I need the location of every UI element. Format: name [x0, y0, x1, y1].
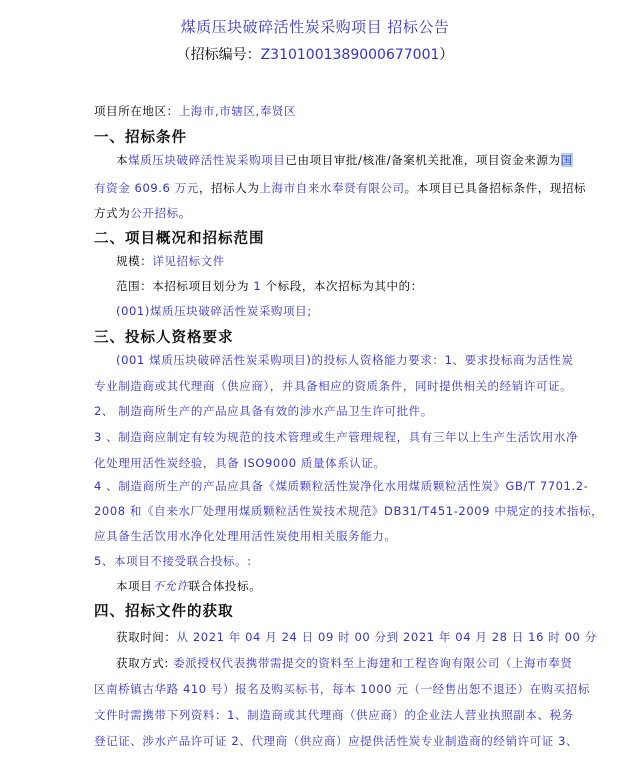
acquisition-method-line-4: 登记证、涉水产品许可证 2、代理商（供应商）应提供活性炭专业制造商的经销许可证 … [94, 733, 578, 749]
section-heading-project-scope: 二、项目概况和招标范围 [94, 227, 265, 248]
qualification-line-6: 4 、制造商所生产的产品应具备《煤质颗粒活性炭净化水用煤质颗粒活性炭》GB/T … [94, 478, 588, 494]
qualification-line-2: 专业制造商或其代理商（供应商），并具备相应的资质条件，同时提供相关的经销许可证。 [94, 378, 572, 394]
acquisition-time-line: 获取时间：从 2021 年 04 月 24 日 09 时 00 分到 2021 … [116, 629, 597, 645]
text: 。 [179, 206, 191, 220]
text: 本 [116, 153, 128, 167]
text: ，招标人为 [199, 181, 260, 195]
project-region: 项目所在地区：上海市,市辖区,奉贤区 [94, 103, 296, 119]
section-heading-bid-conditions: 一、招标条件 [94, 126, 187, 147]
qualification-line-4: 3 、制造商应制定有较为规范的技术管理或生产管理规程，具有三年以上生产生活饮用水… [94, 429, 578, 445]
s1-paragraph-line-3: 方式为公开招标。 [94, 205, 191, 221]
consortium-status: 不允许 [152, 579, 188, 593]
qualification-line-7: 2008 和《自来水厂处理用煤质颗粒活性炭技术规范》DB31/T451-2009… [94, 503, 603, 519]
tenderer-name: 上海市自来水奉贤有限公司 [259, 181, 404, 195]
section-heading-document-acquisition: 四、招标文件的获取 [94, 600, 234, 621]
qualification-line-5: 化处理用活性炭经验，具备 ISO9000 质量体系认证。 [94, 455, 386, 471]
tender-number-label: （招标编号： [177, 47, 261, 63]
text: 已由项目审批/核准/备案机关批准，项目资金来源为 [285, 153, 560, 167]
acquisition-method-line-1: 获取方式: 委派授权代表携带需提交的资料至上海建和工程咨询有限公司（上海市奉贤 [116, 655, 572, 671]
qualification-line-9: 5、本项目不接受联合投标。: [94, 553, 252, 569]
acquisition-method-line-3: 文件时需携带下列资料：1、制造商或其代理商（供应商）的企业法人营业执照副本、税务 [94, 707, 574, 723]
text: 本项目 [116, 579, 152, 593]
region-value: 上海市,市辖区,奉贤区 [179, 104, 296, 118]
selected-text: 国 [561, 153, 573, 167]
text: 范围：本招标项目划分为 [116, 279, 253, 293]
funding-amount: 有资金 609.6 万元 [94, 181, 199, 195]
project-name-link: 煤质压块破碎活性炭采购项目 [128, 153, 285, 167]
page-title: 煤质压块破碎活性炭采购项目 招标公告 [0, 16, 630, 37]
method-label: 获取方式: [116, 656, 169, 670]
scale-value: 详见招标文件 [152, 254, 225, 268]
s1-paragraph-line-2: 有资金 609.6 万元，招标人为上海市自来水奉贤有限公司。本项目已具备招标条件… [94, 180, 586, 196]
text: 个标段，本次招标为其中的： [261, 279, 423, 293]
lot-item: (001)煤质压块破碎活性炭采购项目; [116, 303, 312, 319]
time-value: 从 2021 年 04 月 24 日 09 时 00 分到 2021 年 04 … [177, 630, 597, 644]
tender-number: （招标编号：Z3101001389000677001） [0, 44, 630, 64]
acquisition-method-line-2: 区南桥镇古华路 410 号）报名及购买标书，每本 1000 元（一经售出恕不退还… [94, 681, 590, 697]
qualification-line-3: 2、 制造商所生产的产品应具备有效的涉水产品卫生许可批件。 [94, 403, 433, 419]
s1-paragraph-line-1: 本煤质压块破碎活性炭采购项目已由项目审批/核准/备案机关批准，项目资金来源为国 [116, 152, 573, 168]
qualification-line-8: 应具备生活饮用水净化处理用活性炭使用相关服务能力。 [94, 528, 397, 544]
scale-line: 规模：详见招标文件 [116, 253, 225, 269]
tender-number-value: Z3101001389000677001 [261, 47, 440, 63]
tender-number-close: ） [439, 47, 453, 63]
bid-method: 公开招标 [130, 206, 178, 220]
text: 方式为 [94, 206, 130, 220]
text: 联合体投标。 [189, 579, 262, 593]
region-label: 项目所在地区： [94, 104, 179, 118]
time-label: 获取时间： [116, 630, 177, 644]
scale-label: 规模： [116, 254, 152, 268]
section-heading-bidder-qualifications: 三、投标人资格要求 [94, 326, 234, 347]
consortium-line: 本项目不允许联合体投标。 [116, 578, 261, 594]
scope-line: 范围：本招标项目划分为 1 个标段，本次招标为其中的： [116, 278, 423, 294]
method-text: 委派授权代表携带需提交的资料至上海建和工程咨询有限公司（上海市奉贤 [173, 656, 572, 670]
text: 。本项目已具备招标条件，现招标 [405, 181, 587, 195]
qualification-line-1: (001 煤质压块破碎活性炭采购项目)的投标人资格能力要求：1、要求投标商为活性… [116, 352, 574, 368]
